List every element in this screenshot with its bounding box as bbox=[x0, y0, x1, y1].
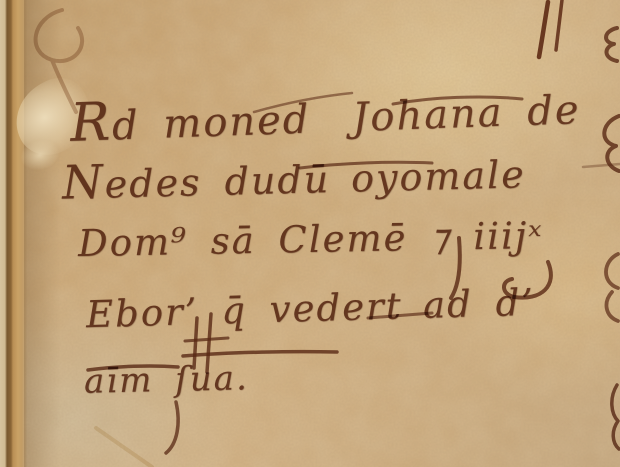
faint-rule-fragment bbox=[583, 164, 620, 167]
cut-off-letter-fragment bbox=[606, 254, 618, 321]
manuscript-line-5: aīm ſua. bbox=[84, 358, 250, 401]
manuscript-line-2: Nedes dudū oyomale bbox=[61, 144, 526, 209]
cut-off-letter-fragment bbox=[604, 116, 619, 171]
binding-shadow bbox=[24, 0, 70, 467]
q-tail-crossbar bbox=[185, 338, 228, 341]
manuscript-line-3: Dom⁹ sā Clemē ⁊ iiijˣ bbox=[78, 214, 544, 265]
parchment-crease bbox=[96, 428, 152, 467]
cut-off-letter-fragment bbox=[606, 28, 617, 61]
page-binding-edge bbox=[0, 0, 27, 467]
cut-off-letter-fragment bbox=[612, 385, 619, 449]
underline-line4 bbox=[183, 352, 337, 356]
tally-mark-2 bbox=[556, 0, 562, 50]
manuscript-photo: Rd moned Johana de Nedes dudū oyomale Do… bbox=[0, 0, 620, 467]
manuscript-line-1: Rd moned Johana de bbox=[69, 75, 581, 154]
manuscript-line-4: Ebor’ q̄ vedert ad d’ bbox=[85, 281, 535, 337]
long-s-descender bbox=[166, 402, 178, 453]
tally-mark-1 bbox=[539, 2, 548, 57]
